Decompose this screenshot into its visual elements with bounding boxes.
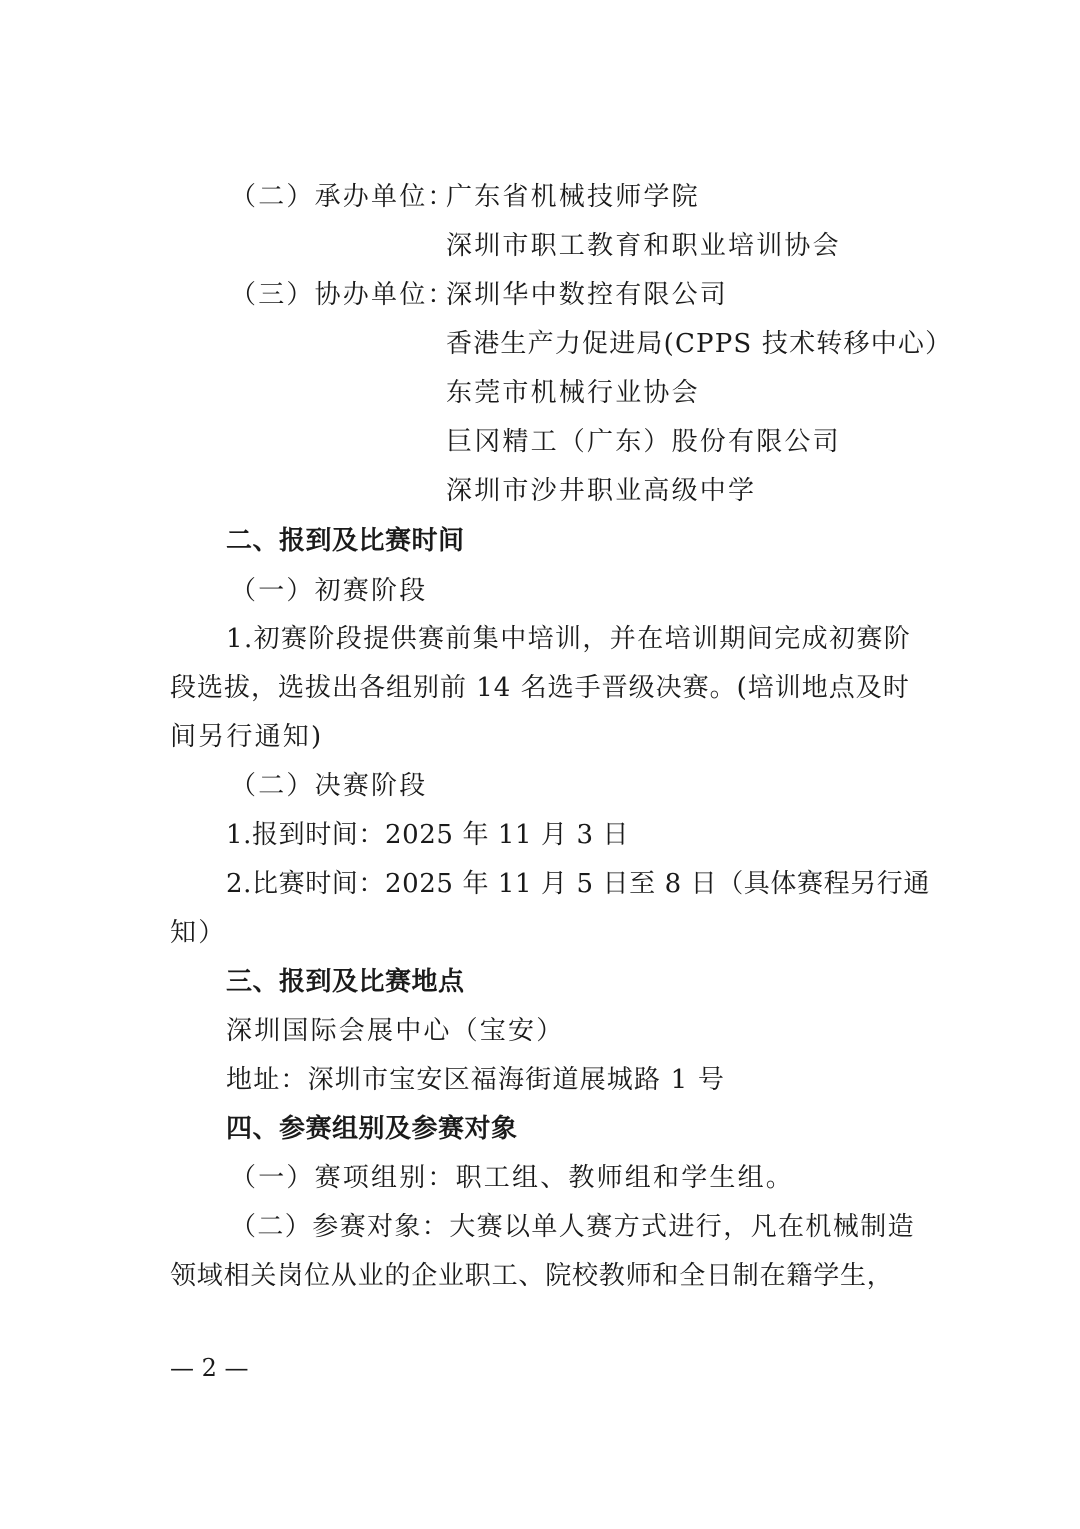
- host-unit-2: 深圳市职工教育和职业培训协会: [446, 229, 841, 263]
- section-4-item-2-line-2: 领域相关岗位从业的企业职工、院校教师和全日制在籍学生，: [170, 1259, 894, 1293]
- section-2-heading: 二、报到及比赛时间: [226, 524, 465, 558]
- co-unit-4: 巨冈精工（广东）股份有限公司: [446, 425, 841, 459]
- co-label: （三）协办单位：: [230, 278, 456, 312]
- section-3-heading: 三、报到及比赛地点: [226, 965, 465, 999]
- venue-name: 深圳国际会展中心（宝安）: [226, 1014, 564, 1048]
- sub2-item-2-line-1: 2.比赛时间：2025 年 11 月 5 日至 8 日（具体赛程另行通: [226, 867, 930, 901]
- co-unit-5: 深圳市沙井职业高级中学: [446, 474, 756, 508]
- sub1-line-1: 1.初赛阶段提供赛前集中培训，并在培训期间完成初赛阶: [226, 622, 911, 656]
- host-label: （二）承办单位：: [230, 180, 456, 214]
- co-unit-3: 东莞市机械行业协会: [446, 376, 700, 410]
- venue-address: 地址：深圳市宝安区福海街道展城路 1 号: [226, 1063, 725, 1097]
- sub1-title: （一）初赛阶段: [230, 574, 427, 608]
- sub1-line-3: 间另行通知): [170, 720, 323, 754]
- sub2-item-1: 1.报到时间：2025 年 11 月 3 日: [226, 818, 629, 852]
- co-unit-2: 香港生产力促进局(CPPS 技术转移中心）: [446, 327, 952, 361]
- sub1-line-2: 段选拔，选拔出各组别前 14 名选手晋级决赛。(培训地点及时: [170, 671, 910, 705]
- section-4-item-1: （一）赛项组别：职工组、教师组和学生组。: [230, 1161, 794, 1195]
- sub2-item-2-line-2: 知）: [170, 916, 226, 950]
- host-unit-1: 广东省机械技师学院: [446, 180, 700, 214]
- section-4-item-2-line-1: （二）参赛对象：大赛以单人赛方式进行，凡在机械制造: [230, 1210, 915, 1244]
- sub2-title: （二）决赛阶段: [230, 769, 427, 803]
- page-number: — 2 —: [170, 1353, 249, 1383]
- section-4-heading: 四、参赛组别及参赛对象: [226, 1112, 518, 1146]
- co-unit-1: 深圳华中数控有限公司: [446, 278, 728, 312]
